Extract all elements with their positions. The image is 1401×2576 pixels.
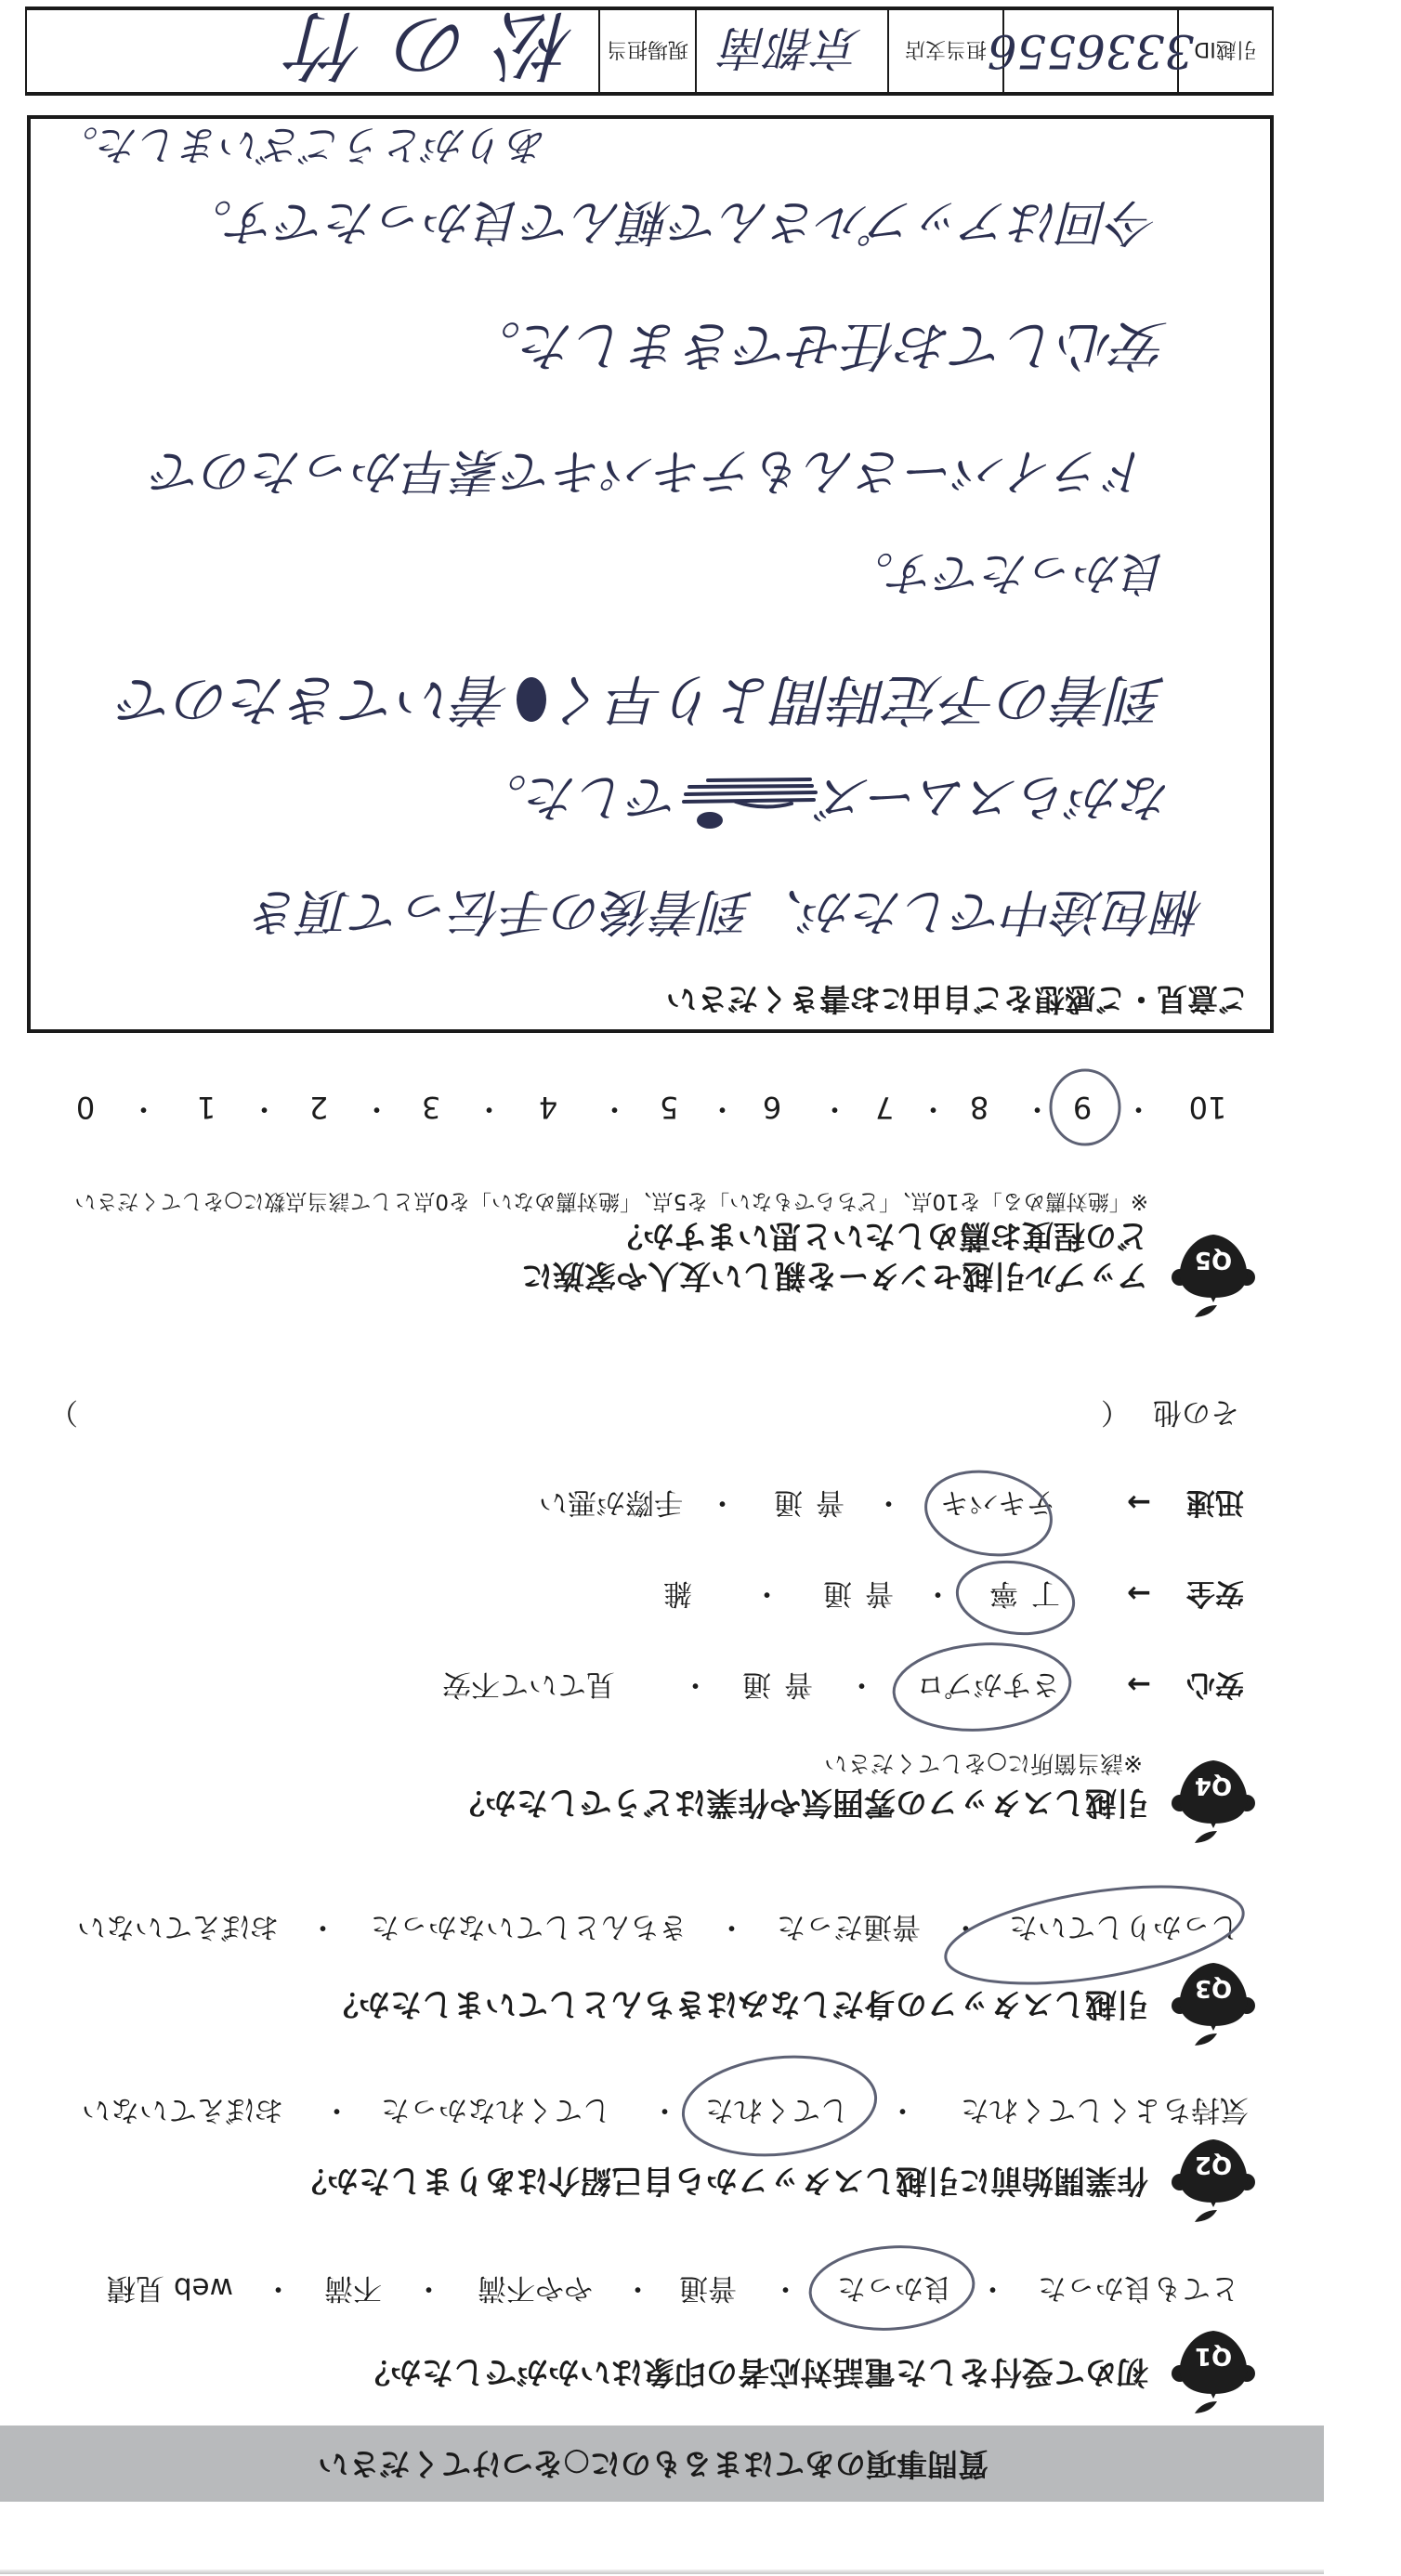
handwritten-text: でした。: [476, 768, 680, 828]
q4-other-label: その他: [1153, 1397, 1239, 1426]
q2-option-selected: してくれた: [705, 2095, 849, 2124]
staff-label: 現場担当: [598, 10, 695, 92]
q5-score: 8: [951, 1092, 1007, 1122]
separator-dot: ・: [476, 1093, 504, 1122]
q4-note: ※該当箇所に○をしてください: [824, 1752, 1143, 1775]
separator-dot: ・: [920, 1093, 948, 1122]
q1-apple-badge-icon: Q1: [1171, 2327, 1256, 2416]
separator-dot: ・: [709, 1487, 737, 1516]
q4-other-open-paren: （: [1101, 1397, 1130, 1426]
handwritten-line: 良かったです。: [847, 550, 1169, 596]
q5-score: 4: [520, 1092, 576, 1122]
branch-label: 担当支店: [887, 10, 1002, 92]
right-arrow-icon: →: [1120, 1487, 1158, 1516]
q1-option: やや不満: [478, 2273, 593, 2302]
scanned-survey-sheet: 質問事項のあてはまるものに○をつけてください Q1 初めて受付をした電話対応者の…: [0, 0, 1401, 2576]
handwritten-line: 梱包途中でしたが、到着後の手伝って頂き: [252, 886, 1205, 936]
q4-jinsoku-option: 普通: [761, 1487, 845, 1516]
q1-option: 普通: [679, 2273, 737, 2302]
q5-question-line-2: どの程度お薦めしたいと思いますか？: [611, 1220, 1148, 1251]
survey-form-upside-down: 質問事項のあてはまるものに○をつけてください Q1 初めて受付をした電話対応者の…: [0, 0, 1401, 2576]
move-id-value: 3336556: [1002, 10, 1177, 92]
q2-option: おぼえていない: [82, 2095, 283, 2124]
separator-dot: ・: [848, 1669, 876, 1698]
separator-dot: ・: [718, 1912, 746, 1941]
branch-value: 京都南: [695, 10, 887, 92]
separator-dot: ・: [772, 2273, 800, 2302]
q1-question: 初めて受付をした電話対応者の印象はいかがでしたか？: [359, 2356, 1148, 2387]
q5-score-selected: 9: [1054, 1092, 1110, 1122]
q5-score: 3: [403, 1092, 459, 1122]
separator-dot: ・: [251, 1093, 279, 1122]
separator-dot: ・: [130, 1093, 158, 1122]
separator-dot: ・: [753, 1578, 781, 1607]
q5-note: ※「絶対薦める」を10点、「どちらでもない」を5点、「絶対薦めない」を0点として…: [74, 1190, 1148, 1211]
q4-jinsoku-option-selected: テキパキ: [940, 1487, 1055, 1516]
instructions-banner: 質問事項のあてはまるものに○をつけてください: [0, 2426, 1324, 2502]
q1-option-selected: 良かった: [837, 2273, 952, 2302]
separator-dot: ・: [924, 1578, 952, 1607]
q4-category-anzen: 安全: [1186, 1578, 1244, 1607]
q4-anzen-option: 普通: [810, 1578, 894, 1607]
handwritten-line: 今回はアップルさんで頼んで良かったです。: [183, 197, 1159, 246]
q5-score: 1: [178, 1092, 234, 1122]
q4-anshin-option-selected: さすがプロ: [916, 1669, 1060, 1698]
separator-dot: ・: [415, 2273, 443, 2302]
q1-option: web 見積: [107, 2273, 233, 2302]
q3-badge-label: Q3: [1195, 1974, 1232, 2002]
form-header-table: 引越ID 3336556 担当支店 京都南 現場担当 松の竹: [25, 7, 1274, 96]
q2-option: してくれなかった: [381, 2095, 611, 2124]
q2-badge-label: Q2: [1195, 2151, 1232, 2178]
q4-question: 引越しスタッフの雰囲気や作業はどうでしたか？: [453, 1786, 1148, 1818]
handwritten-line: 安心してお任せできました。: [467, 319, 1168, 373]
handwritten-line: ドライバーさんもテキパキで素早かったので: [153, 446, 1154, 496]
instructions-text: 質問事項のあてはまるものに○をつけてください: [318, 2449, 989, 2479]
separator-dot: ・: [875, 1487, 903, 1516]
q1-option: 不満: [324, 2273, 382, 2302]
comments-label: ご意見・ご感想をご自由にお書きください: [666, 984, 1249, 1014]
q2-option: 気持ちよくしてくれた: [961, 2095, 1249, 2124]
separator-dot: ・: [979, 2273, 1007, 2302]
q4-category-jinsoku: 迅速: [1186, 1487, 1244, 1516]
q5-apple-badge-icon: Q5: [1171, 1231, 1256, 1320]
q3-apple-badge-icon: Q3: [1171, 1959, 1256, 2048]
q5-score: 7: [857, 1092, 912, 1122]
separator-dot: ・: [309, 1912, 337, 1941]
q4-anshin-option: 見ていて不安: [442, 1669, 615, 1698]
q4-other-close-paren: ）: [49, 1397, 78, 1426]
q2-apple-badge-icon: Q2: [1171, 2136, 1256, 2225]
separator-dot: ・: [601, 1093, 629, 1122]
q5-question-line-1: アップル引越センターを親しい友人や家族に: [521, 1260, 1148, 1291]
q4-jinsoku-option: 手際が悪い: [539, 1487, 683, 1516]
q3-option: 普通だった: [777, 1912, 921, 1941]
separator-dot: ・: [682, 1669, 710, 1698]
ink-blot-icon: [510, 662, 553, 727]
right-arrow-icon: →: [1120, 1578, 1158, 1607]
q3-option: おぼえていない: [77, 1912, 279, 1941]
q5-score: 5: [641, 1092, 697, 1122]
separator-dot: ・: [323, 2095, 351, 2124]
q4-category-anshin: 安心: [1186, 1669, 1244, 1698]
q4-anshin-option: 普通: [729, 1669, 813, 1698]
q5-badge-label: Q5: [1195, 1246, 1232, 1274]
q2-question: 作業開始前に引越しスタッフから自己紹介はありましたか？: [295, 2164, 1148, 2196]
handwritten-text: ながらスムーズ: [819, 768, 1172, 828]
separator-dot: ・: [709, 1093, 737, 1122]
separator-dot: ・: [1125, 1093, 1153, 1122]
q3-question: 引越しスタッフの身だしなみはきちんとしていましたか？: [327, 1988, 1148, 2020]
separator-dot: ・: [952, 1912, 980, 1941]
separator-dot: ・: [265, 2273, 293, 2302]
right-arrow-icon: →: [1120, 1669, 1158, 1698]
separator-dot: ・: [624, 2273, 652, 2302]
q5-score: 10: [1180, 1092, 1236, 1122]
handwritten-line: 到着の予定時間より早く着いてきたので: [120, 662, 1166, 727]
separator-dot: ・: [1024, 1093, 1052, 1122]
q3-option: きちんとしていなかった: [371, 1912, 687, 1941]
handwritten-line: ありがとうございました。: [58, 124, 548, 164]
handwritten-line: ながらスムーズでした。: [476, 756, 1172, 830]
q4-anzen-option: 雑: [663, 1578, 692, 1607]
separator-dot: ・: [889, 2095, 917, 2124]
paper-edge: [0, 2569, 1324, 2574]
separator-dot: ・: [651, 2095, 679, 2124]
q1-badge-label: Q1: [1195, 2342, 1232, 2370]
q5-score: 2: [291, 1092, 347, 1122]
q1-option: とても良かった: [1038, 2273, 1239, 2302]
crossed-out-scribble-icon: [680, 756, 819, 830]
handwritten-text: 到着の予定時間より早く: [553, 666, 1166, 731]
separator-dot: ・: [821, 1093, 849, 1122]
q4-anzen-option-selected: 丁寧: [976, 1578, 1060, 1607]
staff-signature: 松の竹: [27, 10, 598, 92]
q3-option-selected: しっかりしていた: [1009, 1912, 1239, 1941]
q5-score: 0: [58, 1092, 113, 1122]
handwritten-text: 着いてきたので: [120, 666, 510, 731]
separator-dot: ・: [363, 1093, 391, 1122]
q4-apple-badge-icon: Q4: [1171, 1757, 1256, 1846]
q5-score: 6: [744, 1092, 800, 1122]
q4-badge-label: Q4: [1195, 1772, 1232, 1799]
